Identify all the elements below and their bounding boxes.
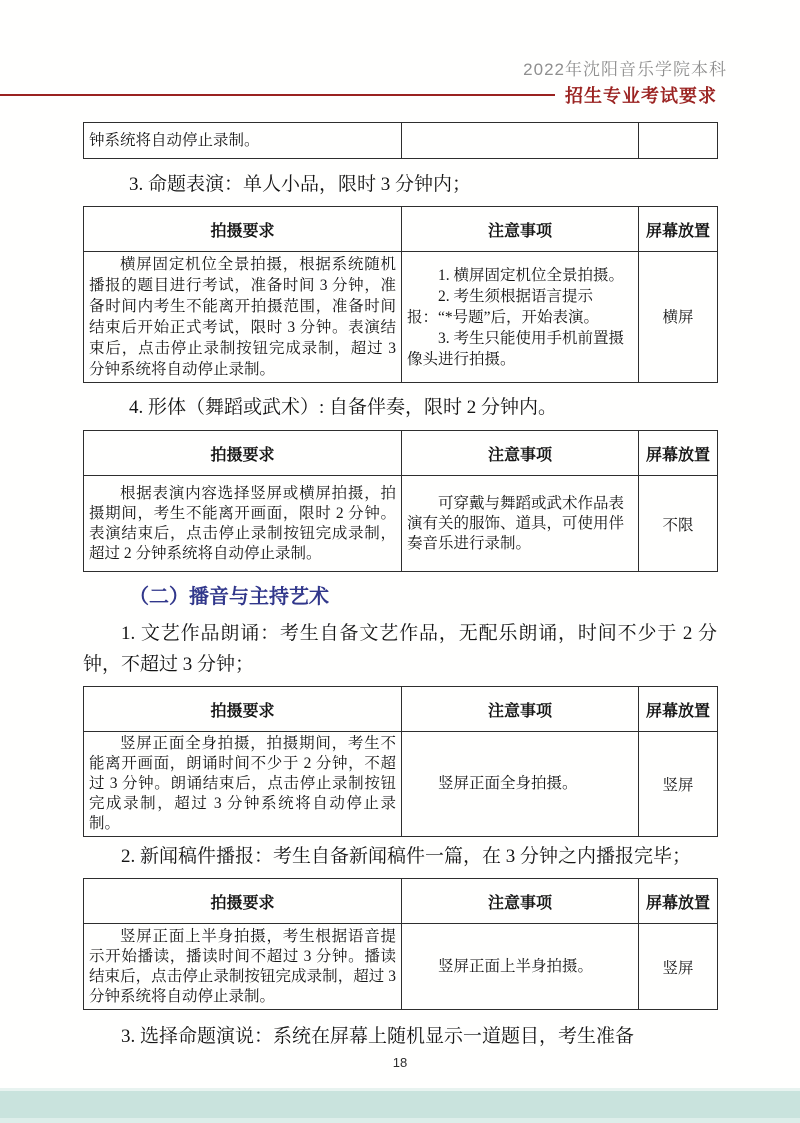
table-row: 根据表演内容选择竖屏或横屏拍摄，拍摄期间，考生不能离开画面，限时 2 分钟。表演…	[84, 476, 718, 572]
col-header-notes: 注意事项	[402, 879, 639, 924]
header-title-row: 招生专业考试要求	[0, 82, 717, 108]
table-row: 竖屏正面全身拍摄，拍摄期间，考生不能离开画面，朗诵时间不少于 2 分钟，不超过 …	[84, 732, 718, 837]
band-lower	[0, 1118, 800, 1123]
leftover-table: 钟系统将自动停止录制。	[83, 122, 718, 159]
table-header-row: 拍摄要求 注意事项 屏幕放置	[84, 687, 718, 732]
shooting-cell: 横屏固定机位全景拍摄，根据系统随机播报的题目进行考试，准备时间 3 分钟，准备时…	[84, 252, 402, 383]
header-rule	[0, 94, 555, 96]
table-header-row: 拍摄要求 注意事项 屏幕放置	[84, 431, 718, 476]
leftover-cell-screen	[639, 123, 718, 159]
col-header-shooting: 拍摄要求	[84, 207, 402, 252]
section-heading-broadcasting: （二）播音与主持艺术	[83, 583, 717, 612]
paragraph-item-3: 3. 选择命题演说：系统在屏幕上随机显示一道题目，考生准备	[83, 1021, 717, 1052]
document-page: 2022年沈阳音乐学院本科 招生专业考试要求 钟系统将自动停止录制。 3. 命题…	[0, 0, 800, 1123]
heading-item-3: 3. 命题表演：单人小品，限时 3 分钟内；	[83, 171, 717, 198]
col-header-shooting: 拍摄要求	[84, 431, 402, 476]
leftover-cell-shooting: 钟系统将自动停止录制。	[84, 123, 402, 159]
page-number: 18	[0, 1055, 800, 1070]
shooting-cell: 根据表演内容选择竖屏或横屏拍摄，拍摄期间，考生不能离开画面，限时 2 分钟。表演…	[84, 476, 402, 572]
notes-cell: 竖屏正面全身拍摄。	[402, 732, 639, 837]
paragraph-item-1: 1. 文艺作品朗诵：考生自备文艺作品，无配乐朗诵，时间不少于 2 分钟，不超过 …	[83, 618, 717, 680]
table-header-row: 拍摄要求 注意事项 屏幕放置	[84, 879, 718, 924]
table-mingti-biaoyan: 拍摄要求 注意事项 屏幕放置 横屏固定机位全景拍摄，根据系统随机播报的题目进行考…	[83, 206, 718, 383]
col-header-screen: 屏幕放置	[639, 207, 718, 252]
table-row: 竖屏正面上半身拍摄，考生根据语音提示开始播读，播读时间不超过 3 分钟。播读结束…	[84, 924, 718, 1010]
col-header-notes: 注意事项	[402, 207, 639, 252]
shooting-cell: 竖屏正面全身拍摄，拍摄期间，考生不能离开画面，朗诵时间不少于 2 分钟，不超过 …	[84, 732, 402, 837]
col-header-shooting: 拍摄要求	[84, 879, 402, 924]
heading-item-4: 4. 形体（舞蹈或武术）: 自备伴奏，限时 2 分钟内。	[83, 394, 717, 421]
screen-cell: 竖屏	[639, 732, 718, 837]
leftover-cell-notes	[402, 123, 639, 159]
table-wenyi-langsong: 拍摄要求 注意事项 屏幕放置 竖屏正面全身拍摄，拍摄期间，考生不能离开画面，朗诵…	[83, 686, 718, 837]
notes-cell: 竖屏正面上半身拍摄。	[402, 924, 639, 1010]
table-header-row: 拍摄要求 注意事项 屏幕放置	[84, 207, 718, 252]
header-subtitle: 2022年沈阳音乐学院本科	[523, 55, 727, 80]
col-header-shooting: 拍摄要求	[84, 687, 402, 732]
col-header-screen: 屏幕放置	[639, 431, 718, 476]
page-content: 钟系统将自动停止录制。 3. 命题表演：单人小品，限时 3 分钟内； 拍摄要求 …	[83, 122, 717, 1058]
table-xinwen-bobao: 拍摄要求 注意事项 屏幕放置 竖屏正面上半身拍摄，考生根据语音提示开始播读，播读…	[83, 878, 718, 1010]
col-header-notes: 注意事项	[402, 687, 639, 732]
col-header-screen: 屏幕放置	[639, 687, 718, 732]
screen-cell: 不限	[639, 476, 718, 572]
header-title: 招生专业考试要求	[565, 82, 717, 108]
notes-cell: 1. 横屏固定机位全景拍摄。 2. 考生须根据语言提示报：“*号题”后，开始表演…	[402, 252, 639, 383]
band-main	[0, 1091, 800, 1118]
table-row: 钟系统将自动停止录制。	[84, 123, 718, 159]
paragraph-item-2: 2. 新闻稿件播报：考生自备新闻稿件一篇，在 3 分钟之内播报完毕；	[83, 841, 717, 872]
shooting-cell: 竖屏正面上半身拍摄，考生根据语音提示开始播读，播读时间不超过 3 分钟。播读结束…	[84, 924, 402, 1010]
table-row: 横屏固定机位全景拍摄，根据系统随机播报的题目进行考试，准备时间 3 分钟，准备时…	[84, 252, 718, 383]
bottom-decor-band	[0, 1088, 800, 1123]
screen-cell: 横屏	[639, 252, 718, 383]
notes-cell: 可穿戴与舞蹈或武术作品表演有关的服饰、道具，可使用伴奏音乐进行录制。	[402, 476, 639, 572]
col-header-screen: 屏幕放置	[639, 879, 718, 924]
table-xingti: 拍摄要求 注意事项 屏幕放置 根据表演内容选择竖屏或横屏拍摄，拍摄期间，考生不能…	[83, 430, 718, 572]
col-header-notes: 注意事项	[402, 431, 639, 476]
screen-cell: 竖屏	[639, 924, 718, 1010]
